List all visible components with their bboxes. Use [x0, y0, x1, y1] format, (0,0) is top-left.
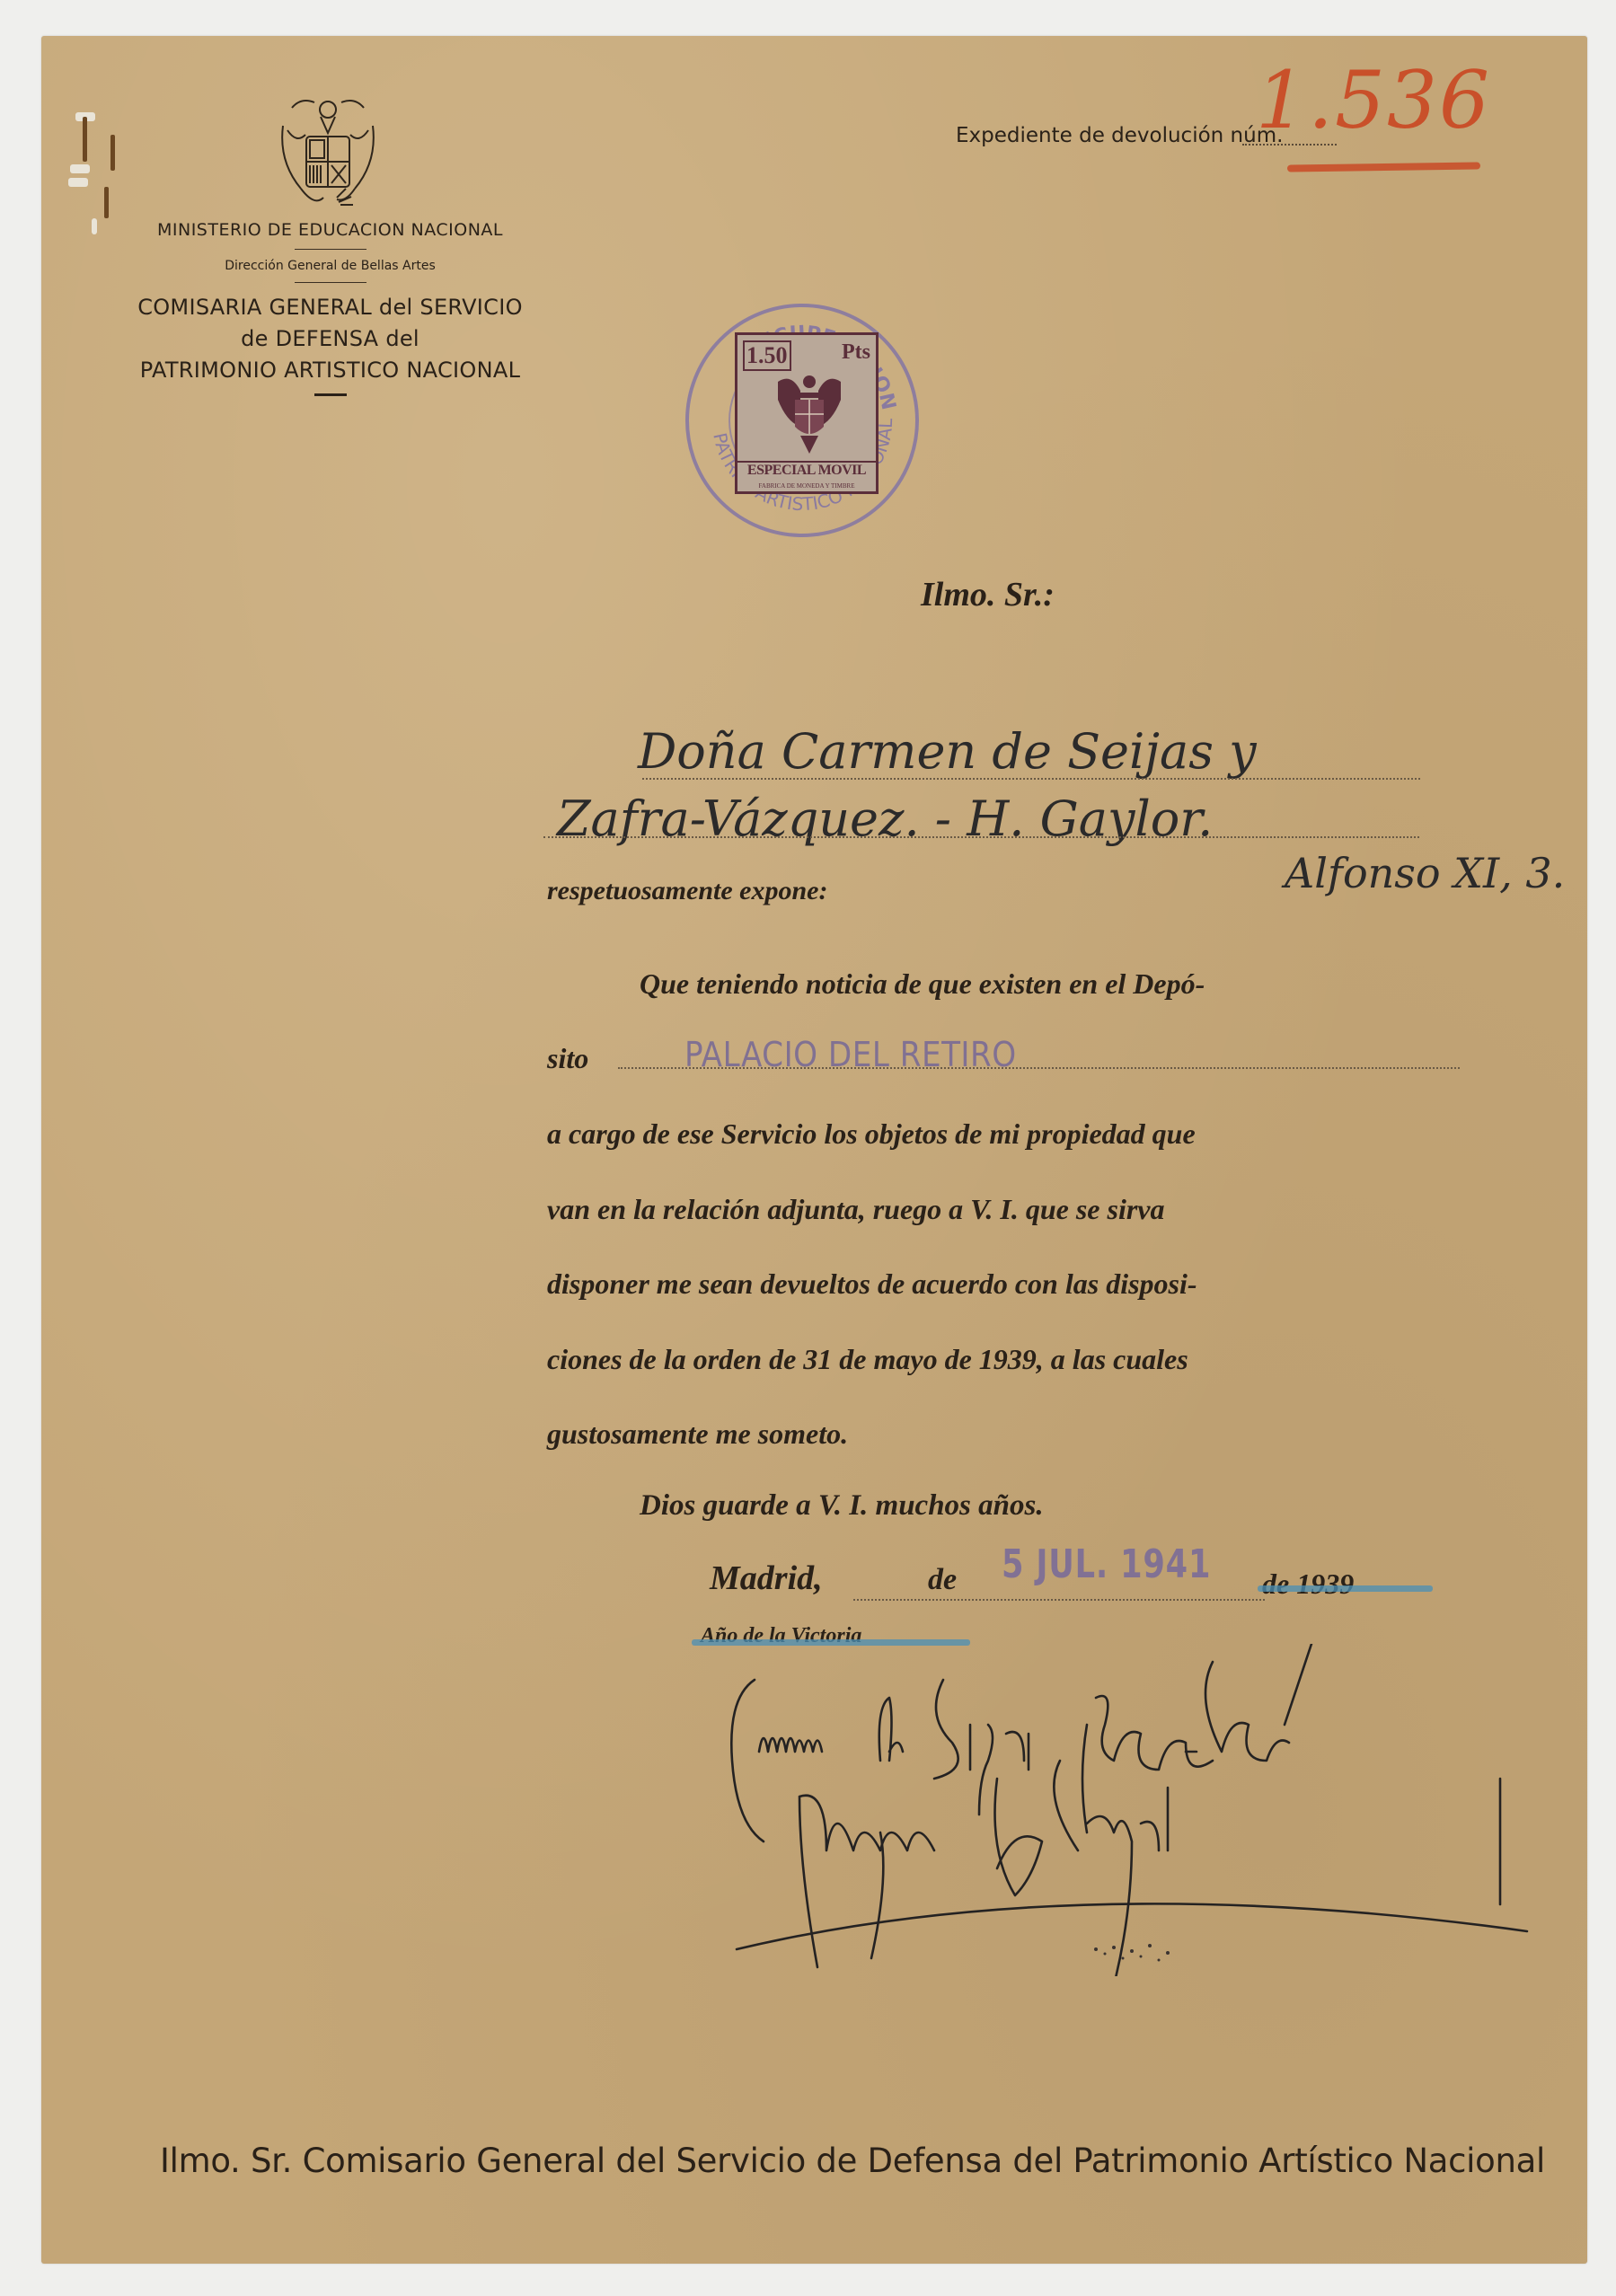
office-line-1: COMISARIA GENERAL del SERVICIO	[81, 292, 579, 323]
body-line-5: disponer me sean devueltos de acuerdo co…	[547, 1267, 1197, 1301]
file-number-label: Expediente de devolución núm.	[956, 124, 1283, 147]
applicant-name-line-1: Doña Carmen de Seijas y	[638, 723, 1257, 780]
place: Madrid,	[710, 1559, 823, 1598]
handwritten-signatures	[719, 1644, 1581, 1976]
body-line-4: van en la relación adjunta, ruego a V. I…	[547, 1193, 1164, 1226]
closing-blessing: Dios guarde a V. I. muchos años.	[640, 1489, 1044, 1523]
salutation: Ilmo. Sr.:	[921, 575, 1055, 614]
office-line-2: de DEFENSA del	[81, 323, 579, 355]
expone-label: respetuosamente expone:	[547, 876, 827, 906]
divider	[295, 282, 366, 283]
blue-strikethrough	[1258, 1585, 1433, 1592]
fill-in-line	[543, 836, 1419, 838]
office-line-3: PATRIMONIO ARTISTICO NACIONAL	[81, 355, 579, 386]
body-line-1: Que teniendo noticia de que existen en e…	[640, 967, 1205, 1001]
directorate-name: Dirección General de Bellas Artes	[81, 259, 579, 273]
eagle-crest-icon	[773, 373, 845, 458]
fill-in-line	[642, 778, 1420, 780]
body-line-2-prefix: sito	[547, 1042, 588, 1075]
addressee-footer: Ilmo. Sr. Comisario General del Servicio…	[160, 2141, 1545, 2180]
divider	[314, 393, 347, 396]
stamp-currency: Pts	[842, 340, 870, 365]
applicant-name-line-2: Zafra-Vázquez. - H. Gaylor.	[557, 790, 1213, 847]
date-de: de	[928, 1563, 957, 1597]
file-number-value: 1.536	[1256, 54, 1491, 146]
stamp-value: 1.50	[743, 340, 791, 371]
letterhead: MINISTERIO DE EDUCACION NACIONAL Direcci…	[81, 220, 579, 396]
deposit-location-stamp: PALACIO DEL RETIRO	[684, 1035, 1017, 1074]
body-line-3: a cargo de ese Servicio los objetos de m…	[547, 1117, 1196, 1151]
stamp-label: ESPECIAL MOVIL	[737, 461, 876, 479]
date-field	[853, 1599, 1265, 1601]
body-line-6: ciones de la orden de 31 de mayo de 1939…	[547, 1343, 1188, 1376]
date-stamp: 5 JUL. 1941	[1002, 1541, 1211, 1587]
coat-of-arms-icon	[274, 90, 382, 216]
fiscal-stamp: 1.50 Pts ESPECIAL MOVIL FABRICA DE MONED…	[735, 332, 879, 494]
struck-year: de 1939	[1262, 1567, 1354, 1601]
stamp-issuer: FABRICA DE MONEDA Y TIMBRE	[737, 482, 876, 490]
divider	[295, 249, 366, 250]
applicant-address: Alfonso XI, 3.	[1285, 849, 1565, 897]
staple-holes-icon	[36, 72, 90, 216]
body-line-7: gustosamente me someto.	[547, 1417, 848, 1451]
ministry-name: MINISTERIO DE EDUCACION NACIONAL	[81, 220, 579, 240]
